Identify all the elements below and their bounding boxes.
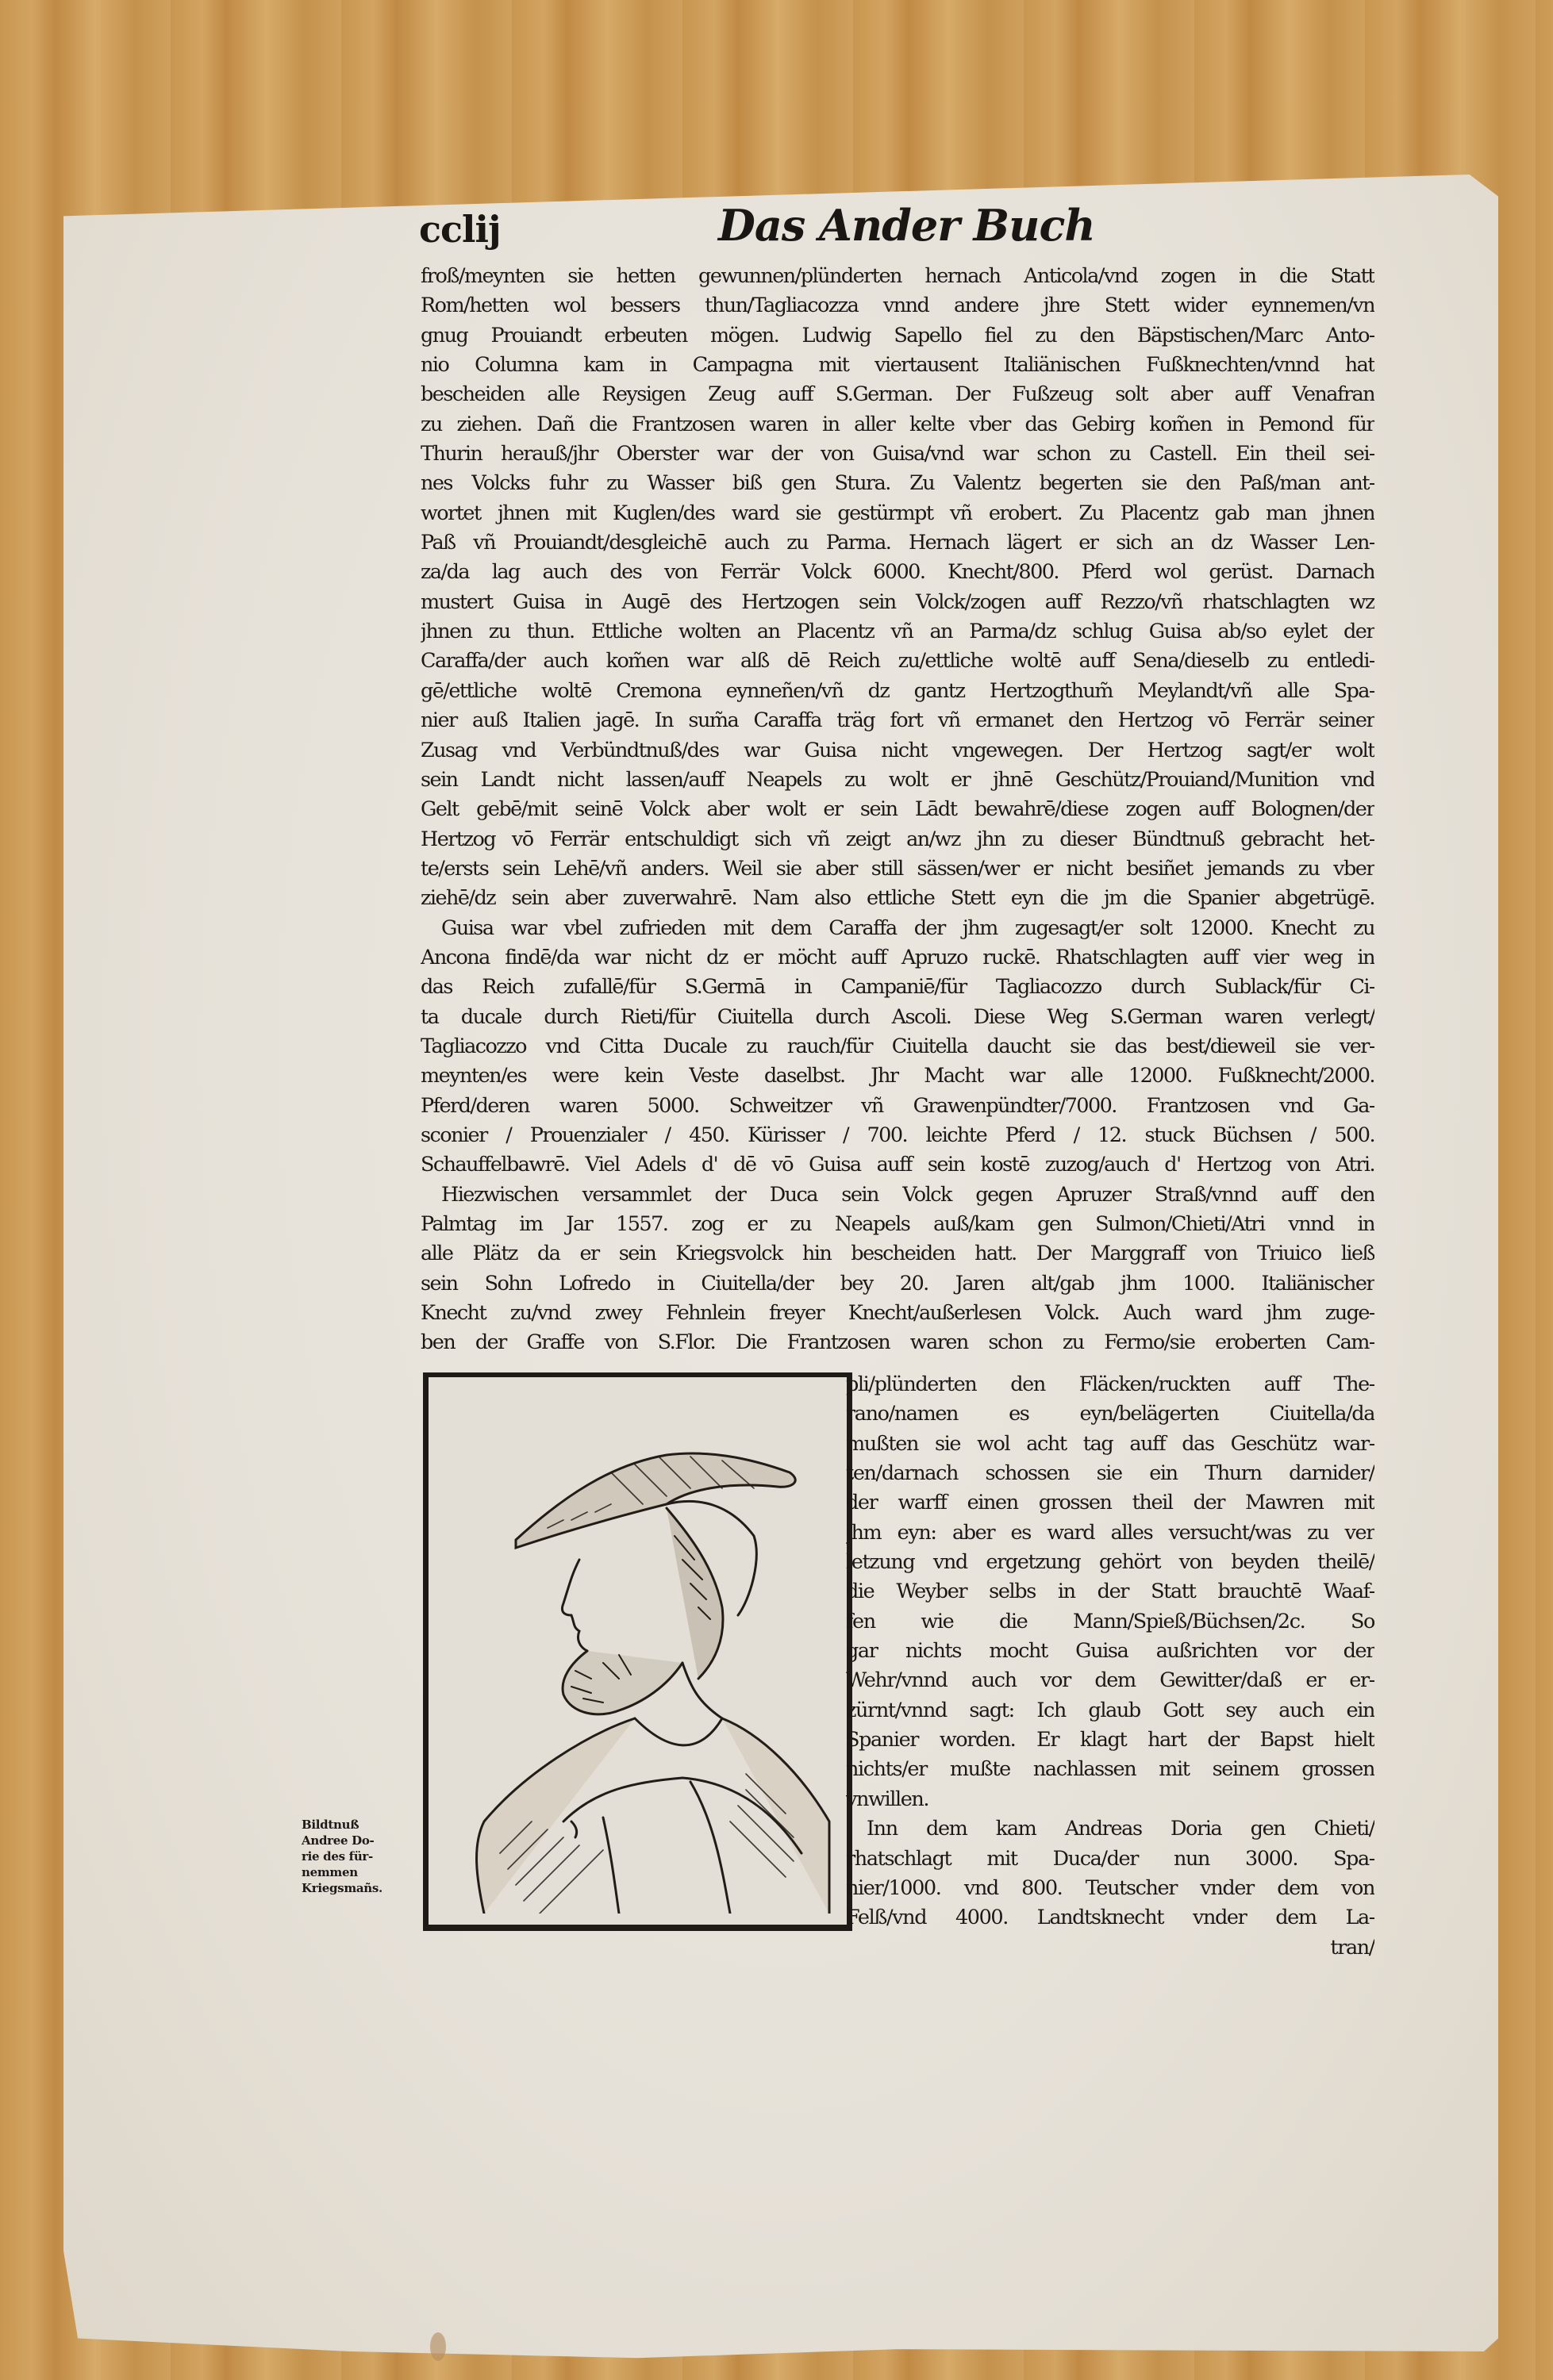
text-line: pli/plünderten den Fläcken/ruckten auff … [846,1370,1374,1399]
text-line: ten/darnach schossen sie ein Thurn darni… [846,1459,1374,1488]
text-line: gē/ettliche woltē Cremona eynneñen/vñ dz… [421,677,1374,706]
text-line: Spanier worden. Er klagt hart der Bapst … [846,1725,1374,1755]
text-line: bescheiden alle Reysigen Zeug auff S.Ger… [421,380,1374,409]
text-line: te/ersts sein Lehē/vñ anders. Weil sie a… [421,854,1374,884]
text-line: Felß/vnd 4000. Landtsknecht vnder dem La… [846,1903,1374,1933]
text-line: Wehr/vnnd auch vor dem Gewitter/daß er e… [846,1666,1374,1695]
text-line: letzung vnd ergetzung gehört von beyden … [846,1548,1374,1577]
text-line: vnwillen. [846,1785,1374,1814]
main-text-block: froß/meynten sie hetten gewunnen/plünder… [421,262,1374,1358]
text-line: meynten/es were kein Veste daselbst. Jhr… [421,1061,1374,1091]
text-line: Palmtag im Jar 1557. zog er zu Neapels a… [421,1210,1374,1239]
running-head: Das Ander Buch [718,200,1095,251]
text-line: rhatschlagt mit Duca/der nun 3000. Spa- [846,1844,1374,1874]
text-line: die Weyber selbs in der Statt brauchtē W… [846,1577,1374,1606]
text-line: alle Plätz da er sein Kriegsvolck hin be… [421,1239,1374,1269]
text-line: ziehē/dz sein aber zuverwahrē. Nam also … [421,884,1374,913]
caption-line: nemmen [302,1864,440,1880]
text-line: nier/1000. vnd 800. Teutscher vnder dem … [846,1874,1374,1903]
caption-line: Andree Do- [302,1833,440,1848]
text-line: sein Landt nicht lassen/auff Neapels zu … [421,766,1374,795]
text-line: jhnen zu thun. Ettliche wolten an Placen… [421,617,1374,647]
text-line: ben der Graffe von S.Flor. Die Frantzose… [421,1328,1374,1357]
text-line: za/da lag auch des von Ferrär Volck 6000… [421,558,1374,587]
text-line: wortet jhnen mit Kuglen/des ward sie ges… [421,499,1374,528]
text-line: Gelt gebē/mit seinē Volck aber wolt er s… [421,795,1374,824]
text-line: Hertzog vō Ferrär entschuldigt sich vñ z… [421,825,1374,854]
text-line: mußten sie wol acht tag auff das Geschüt… [846,1430,1374,1459]
text-line: das Reich zufallē/für S.Germā in Campani… [421,973,1374,1002]
text-line: zu ziehen. Dañ die Frantzosen waren in a… [421,410,1374,440]
text-line: nichts/er mußte nachlassen mit seinem gr… [846,1755,1374,1784]
caption-line: rie des für- [302,1848,440,1864]
portrait-caption: Bildtnuß Andree Do- rie des für- nemmen … [302,1817,440,1896]
text-line: rano/namen es eyn/belägerten Ciuitella/d… [846,1399,1374,1429]
text-line: der warff einen grossen theil der Mawren… [846,1488,1374,1518]
text-line: Pferd/deren waren 5000. Schweitzer vñ Gr… [421,1092,1374,1121]
text-line: sconier / Prouenzialer / 450. Kürisser /… [421,1121,1374,1150]
text-line: Hiezwischen versammlet der Duca sein Vol… [421,1180,1374,1210]
text-line: Caraffa/der auch kom̃en war alß dē Reich… [421,647,1374,676]
text-line: Rom/hetten wol bessers thun/Tagliacozza … [421,291,1374,321]
text-line: nes Volcks fuhr zu Wasser biß gen Stura.… [421,469,1374,498]
text-line: Inn dem kam Andreas Doria gen Chieti/ [846,1814,1374,1844]
text-line: zürnt/vnnd sagt: Ich glaub Gott sey auch… [846,1696,1374,1725]
text-line: jhm eyn: aber es ward alles versucht/was… [846,1518,1374,1548]
text-line: nier auß Italien jagē. In sum̃a Caraffa … [421,706,1374,735]
text-line: nio Columna kam in Campagna mit viertaus… [421,351,1374,380]
caption-line: Kriegsmañs. [302,1880,440,1896]
folio-number: cclij [419,208,501,251]
text-line: sein Sohn Lofredo in Ciuitella/der bey 2… [421,1269,1374,1299]
text-line: Paß vñ Prouiandt/desgleichē auch zu Parm… [421,528,1374,558]
side-text-block: pli/plünderten den Fläcken/ruckten auff … [846,1370,1374,1963]
text-line: Guisa war vbel zufrieden mit dem Caraffa… [421,914,1374,943]
text-line: Zusag vnd Verbündtnuß/des war Guisa nich… [421,736,1374,766]
text-line: fen wie die Mann/Spieß/Büchsen/2c. So [846,1607,1374,1637]
text-line: Ancona findē/da war nicht dz er möcht au… [421,943,1374,973]
paper-stain [430,2332,446,2361]
text-line: Tagliacozzo vnd Citta Ducale zu rauch/fü… [421,1032,1374,1061]
text-line: Schauffelbawrē. Viel Adels d' dē vō Guis… [421,1150,1374,1180]
text-line: ta ducale durch Rieti/für Ciuitella durc… [421,1003,1374,1032]
woodcut-portrait [423,1372,852,1931]
text-line: mustert Guisa in Augē des Hertzogen sein… [421,588,1374,617]
text-line: Thurin herauß/jhr Oberster war der von G… [421,440,1374,469]
text-line: gar nichts mocht Guisa außrichten vor de… [846,1637,1374,1666]
text-line: Knecht zu/vnd zwey Fehnlein freyer Knech… [421,1299,1374,1328]
caption-line: Bildtnuß [302,1817,440,1833]
catchword: tran/ [846,1933,1374,1963]
portrait-illustration-icon [429,1377,836,1914]
text-line: froß/meynten sie hetten gewunnen/plünder… [421,262,1374,291]
text-line: gnug Prouiandt erbeuten mögen. Ludwig Sa… [421,321,1374,351]
